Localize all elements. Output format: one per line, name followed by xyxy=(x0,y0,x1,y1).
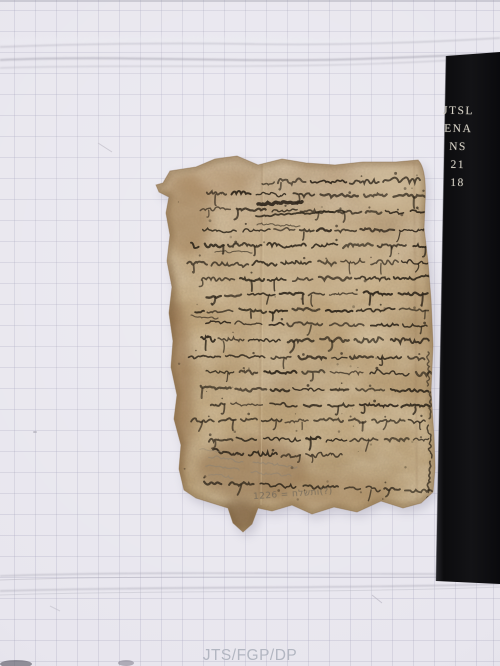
photo-artwork xyxy=(0,0,500,666)
shelfmark-line: JTSL xyxy=(433,102,483,121)
watermark: JTS/FGP/DP xyxy=(150,647,350,665)
shelfmark-line: NS xyxy=(433,138,483,157)
photo-viewport: JTSL ENA NS 21 18 ותשלח = 1226(?) JTS/FG… xyxy=(0,0,500,666)
glass-plate-edge-bottom xyxy=(0,573,500,595)
shelfmark-label: JTSL ENA NS 21 18 xyxy=(432,102,483,193)
glass-plate-edge-top xyxy=(0,36,500,68)
shelfmark-line: 21 xyxy=(433,156,483,175)
manuscript-fragment xyxy=(150,150,445,545)
shelfmark-line: ENA xyxy=(433,120,483,139)
shelfmark-line: 18 xyxy=(432,174,482,193)
